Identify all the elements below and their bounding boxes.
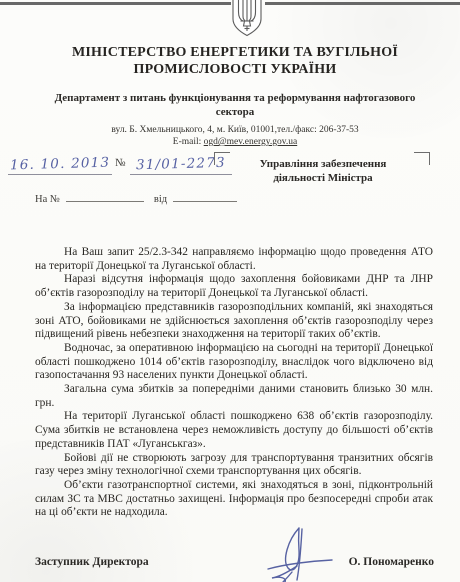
department-name-line2: сектора (15, 106, 455, 120)
address-line: вул. Б. Хмельницького, 4, м. Київ, 01001… (15, 124, 455, 136)
scan-top-edge-right (265, 2, 460, 5)
ministry-name-line1: МІНІСТЕРСТВО ЕНЕРГЕТИКИ ТА ВУГІЛЬНОЇ (15, 44, 455, 61)
numero-sign: № (115, 157, 126, 169)
ministry-name-line2: ПРОМИСЛОВОСТІ УКРАЇНИ (15, 61, 455, 78)
ministry-name: МІНІСТЕРСТВО ЕНЕРГЕТИКИ ТА ВУГІЛЬНОЇ ПРО… (15, 44, 455, 78)
body-paragraph: На Ваш запит 25/2.3-342 направляємо інфо… (35, 246, 433, 273)
body-paragraph: Бойові дії не створюють загрозу для тран… (35, 452, 433, 479)
scanned-letter-page: МІНІСТЕРСТВО ЕНЕРГЕТИКИ ТА ВУГІЛЬНОЇ ПРО… (0, 0, 460, 582)
reply-na-label: На № (35, 194, 60, 205)
letter-body: На Ваш запит 25/2.3-342 направляємо інфо… (35, 246, 433, 520)
body-paragraph: Водночас, за оперативною інформацією на … (35, 342, 433, 383)
date-field: 16. 10. 2013 (8, 155, 112, 175)
body-paragraph: Загальна сума збитків за попередніми дан… (35, 383, 433, 410)
reply-number-blank (66, 191, 144, 202)
department-name: Департамент з питань функціонування та р… (15, 92, 455, 119)
signature-scrawl-icon (252, 522, 362, 582)
body-paragraph: Об’єкти газотранспортної системи, які зн… (35, 479, 433, 520)
email-label: E-mail: (173, 137, 204, 147)
corner-bracket-left-icon (214, 152, 230, 165)
corner-bracket-right-icon (414, 152, 430, 165)
ukraine-trident-emblem-icon (230, 0, 264, 37)
addressee-line1: Управління забезпечення (243, 157, 403, 171)
signature-position: Заступник Директора (35, 556, 149, 568)
body-paragraph: За інформацією представників газорозподі… (35, 301, 433, 342)
addressee-block: Управління забезпечення діяльності Мініс… (243, 157, 403, 185)
scan-top-edge-left (0, 2, 231, 5)
date-handwritten: 16. 10. 2013 (10, 155, 111, 176)
email-address: ogd@mev.energy.gov.ua (204, 137, 298, 147)
reply-vid-label: від (154, 194, 167, 205)
email-line: E-mail: ogd@mev.energy.gov.ua (15, 136, 455, 148)
body-paragraph: На території Луганської області пошкодже… (35, 410, 433, 451)
doc-number-handwritten: 31/01-2273 (135, 155, 225, 176)
signature-row: Заступник Директора О. Пономаренко (35, 556, 434, 568)
letterhead: МІНІСТЕРСТВО ЕНЕРГЕТИКИ ТА ВУГІЛЬНОЇ ПРО… (15, 44, 455, 148)
addressee-line2: діяльності Міністра (243, 171, 403, 185)
body-paragraph: Наразі відсутня інформація щодо захоплен… (35, 273, 433, 300)
reply-ref-row: На №від (35, 191, 237, 205)
department-name-line1: Департамент з питань функціонування та р… (15, 92, 455, 106)
reference-row: 16. 10. 2013№31/01-2273 (8, 155, 232, 175)
reply-date-blank (173, 191, 237, 202)
